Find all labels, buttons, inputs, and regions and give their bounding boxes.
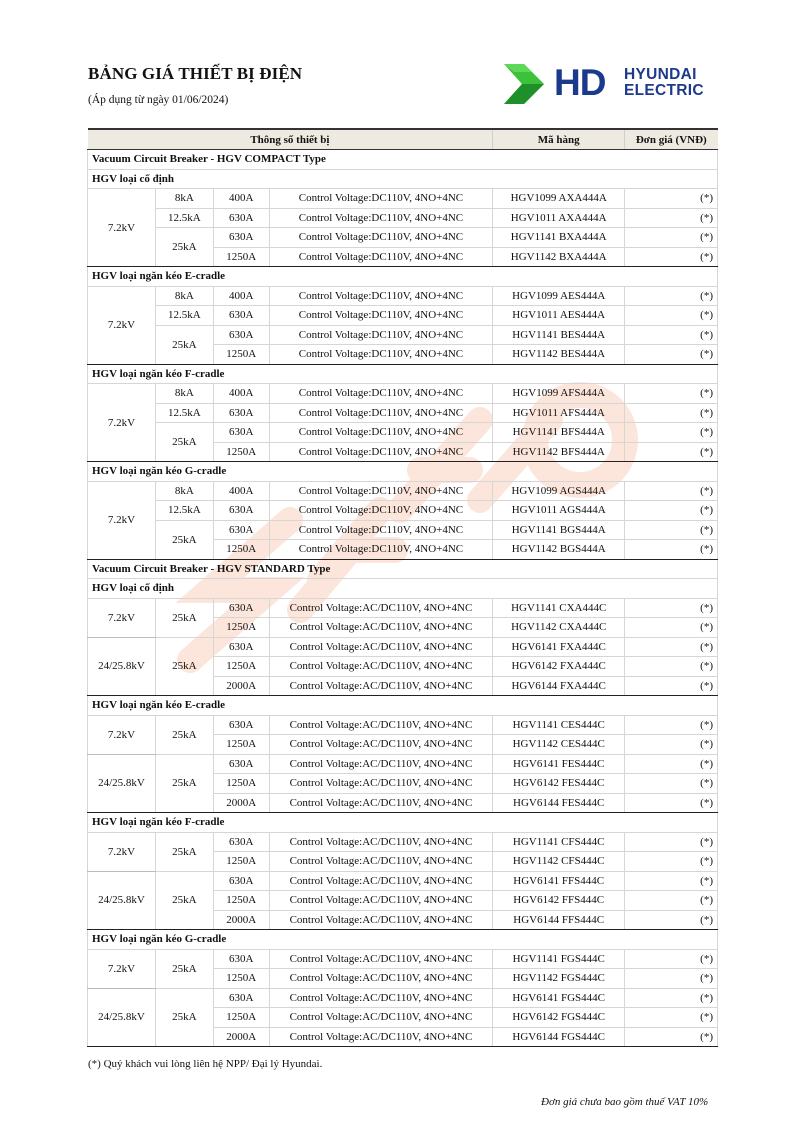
cell-product-code: HGV1142 CFS444C	[493, 852, 625, 872]
cell-unit-price: (*)	[625, 442, 718, 462]
effective-date: (Áp dụng từ ngày 01/06/2024)	[88, 94, 228, 106]
table-row: 12.5kA630AControl Voltage:DC110V, 4NO+4N…	[88, 403, 718, 423]
cell-description: Control Voltage:DC110V, 4NO+4NC	[269, 247, 493, 267]
cell-description: Control Voltage:AC/DC110V, 4NO+4NC	[269, 657, 493, 677]
cell-description: Control Voltage:AC/DC110V, 4NO+4NC	[269, 637, 493, 657]
cell-breaking-capacity: 25kA	[155, 949, 213, 988]
cell-description: Control Voltage:AC/DC110V, 4NO+4NC	[269, 618, 493, 638]
table-row: 24/25.8kV25kA630AControl Voltage:AC/DC11…	[88, 988, 718, 1008]
group-title: HGV loại ngăn kéo E-cradle	[88, 696, 718, 716]
cell-product-code: HGV6142 FFS444C	[493, 891, 625, 911]
cell-unit-price: (*)	[625, 1027, 718, 1047]
table-row: 7.2kV8kA400AControl Voltage:DC110V, 4NO+…	[88, 189, 718, 209]
cell-description: Control Voltage:AC/DC110V, 4NO+4NC	[269, 774, 493, 794]
table-row: 24/25.8kV25kA630AControl Voltage:AC/DC11…	[88, 637, 718, 657]
cell-unit-price: (*)	[625, 501, 718, 521]
cell-product-code: HGV1142 BES444A	[493, 345, 625, 365]
cell-rated-current: 2000A	[213, 1027, 269, 1047]
cell-product-code: HGV1141 BGS444A	[493, 520, 625, 540]
cell-rated-current: 630A	[213, 325, 269, 345]
table-row: 25kA630AControl Voltage:DC110V, 4NO+4NCH…	[88, 228, 718, 248]
cell-rated-current: 1250A	[213, 657, 269, 677]
cell-product-code: HGV1141 BES444A	[493, 325, 625, 345]
cell-unit-price: (*)	[625, 832, 718, 852]
section-header-row: Vacuum Circuit Breaker - HGV COMPACT Typ…	[88, 150, 718, 170]
cell-description: Control Voltage:DC110V, 4NO+4NC	[269, 442, 493, 462]
cell-product-code: HGV1099 AES444A	[493, 286, 625, 306]
cell-rated-current: 630A	[213, 228, 269, 248]
cell-product-code: HGV1099 AFS444A	[493, 384, 625, 404]
cell-product-code: HGV6144 FFS444C	[493, 910, 625, 930]
cell-description: Control Voltage:DC110V, 4NO+4NC	[269, 501, 493, 521]
cell-unit-price: (*)	[625, 208, 718, 228]
group-header-row: HGV loại cố định	[88, 579, 718, 599]
cell-rated-current: 1250A	[213, 247, 269, 267]
cell-unit-price: (*)	[625, 1008, 718, 1028]
column-header-price: Đơn giá (VNĐ)	[625, 129, 718, 150]
hyundai-electric-logo: HD HYUNDAI ELECTRIC	[502, 62, 717, 106]
table-row: 7.2kV25kA630AControl Voltage:AC/DC110V, …	[88, 598, 718, 618]
cell-product-code: HGV1011 AGS444A	[493, 501, 625, 521]
cell-rated-current: 400A	[213, 286, 269, 306]
cell-rated-voltage: 7.2kV	[88, 598, 156, 637]
cell-unit-price: (*)	[625, 423, 718, 443]
cell-description: Control Voltage:AC/DC110V, 4NO+4NC	[269, 988, 493, 1008]
cell-description: Control Voltage:DC110V, 4NO+4NC	[269, 481, 493, 501]
cell-unit-price: (*)	[625, 735, 718, 755]
cell-product-code: HGV1141 CXA444C	[493, 598, 625, 618]
vat-note: Đơn giá chưa bao gồm thuế VAT 10%	[541, 1096, 708, 1108]
cell-breaking-capacity: 12.5kA	[155, 208, 213, 228]
group-title: HGV loại cố định	[88, 169, 718, 189]
cell-unit-price: (*)	[625, 306, 718, 326]
cell-description: Control Voltage:DC110V, 4NO+4NC	[269, 208, 493, 228]
table-row: 24/25.8kV25kA630AControl Voltage:AC/DC11…	[88, 754, 718, 774]
cell-unit-price: (*)	[625, 618, 718, 638]
group-title: HGV loại ngăn kéo G-cradle	[88, 930, 718, 950]
cell-description: Control Voltage:AC/DC110V, 4NO+4NC	[269, 1027, 493, 1047]
cell-rated-current: 2000A	[213, 676, 269, 696]
cell-rated-current: 400A	[213, 189, 269, 209]
group-header-row: HGV loại ngăn kéo F-cradle	[88, 364, 718, 384]
cell-rated-current: 2000A	[213, 910, 269, 930]
table-row: 12.5kA630AControl Voltage:DC110V, 4NO+4N…	[88, 208, 718, 228]
cell-description: Control Voltage:DC110V, 4NO+4NC	[269, 403, 493, 423]
cell-unit-price: (*)	[625, 540, 718, 560]
logo-brand-text: HYUNDAI ELECTRIC	[624, 67, 704, 99]
cell-rated-current: 630A	[213, 715, 269, 735]
cell-rated-voltage: 7.2kV	[88, 832, 156, 871]
cell-product-code: HGV6141 FES444C	[493, 754, 625, 774]
cell-description: Control Voltage:DC110V, 4NO+4NC	[269, 228, 493, 248]
cell-unit-price: (*)	[625, 949, 718, 969]
column-header-code: Mã hàng	[493, 129, 625, 150]
cell-product-code: HGV1011 AXA444A	[493, 208, 625, 228]
cell-unit-price: (*)	[625, 189, 718, 209]
cell-unit-price: (*)	[625, 852, 718, 872]
cell-rated-current: 2000A	[213, 793, 269, 813]
cell-description: Control Voltage:DC110V, 4NO+4NC	[269, 520, 493, 540]
cell-rated-current: 630A	[213, 403, 269, 423]
price-table: Thông số thiết bị Mã hàng Đơn giá (VNĐ) …	[87, 128, 718, 1047]
group-title: HGV loại ngăn kéo F-cradle	[88, 364, 718, 384]
cell-rated-voltage: 7.2kV	[88, 715, 156, 754]
cell-product-code: HGV1141 BXA444A	[493, 228, 625, 248]
cell-product-code: HGV1141 FGS444C	[493, 949, 625, 969]
cell-product-code: HGV6141 FGS444C	[493, 988, 625, 1008]
table-header-row: Thông số thiết bị Mã hàng Đơn giá (VNĐ)	[88, 129, 718, 150]
cell-rated-voltage: 7.2kV	[88, 189, 156, 267]
cell-unit-price: (*)	[625, 286, 718, 306]
cell-product-code: HGV1141 CFS444C	[493, 832, 625, 852]
cell-product-code: HGV1141 CES444C	[493, 715, 625, 735]
cell-rated-current: 1250A	[213, 442, 269, 462]
cell-unit-price: (*)	[625, 384, 718, 404]
cell-unit-price: (*)	[625, 520, 718, 540]
document-title: BẢNG GIÁ THIẾT BỊ ĐIỆN	[88, 64, 302, 84]
table-row: 7.2kV25kA630AControl Voltage:AC/DC110V, …	[88, 832, 718, 852]
cell-description: Control Voltage:AC/DC110V, 4NO+4NC	[269, 793, 493, 813]
cell-rated-voltage: 24/25.8kV	[88, 988, 156, 1047]
table-row: 25kA630AControl Voltage:DC110V, 4NO+4NCH…	[88, 520, 718, 540]
cell-description: Control Voltage:AC/DC110V, 4NO+4NC	[269, 676, 493, 696]
cell-breaking-capacity: 25kA	[155, 598, 213, 637]
table-row: 7.2kV25kA630AControl Voltage:AC/DC110V, …	[88, 949, 718, 969]
cell-unit-price: (*)	[625, 910, 718, 930]
cell-rated-current: 630A	[213, 988, 269, 1008]
section-header-row: Vacuum Circuit Breaker - HGV STANDARD Ty…	[88, 559, 718, 579]
cell-breaking-capacity: 12.5kA	[155, 306, 213, 326]
group-title: HGV loại cố định	[88, 579, 718, 599]
cell-breaking-capacity: 25kA	[155, 637, 213, 696]
cell-rated-current: 630A	[213, 501, 269, 521]
cell-rated-current: 630A	[213, 208, 269, 228]
group-header-row: HGV loại ngăn kéo G-cradle	[88, 462, 718, 482]
cell-description: Control Voltage:DC110V, 4NO+4NC	[269, 286, 493, 306]
table-row: 7.2kV8kA400AControl Voltage:DC110V, 4NO+…	[88, 481, 718, 501]
cell-rated-current: 1250A	[213, 735, 269, 755]
cell-breaking-capacity: 12.5kA	[155, 403, 213, 423]
cell-product-code: HGV1099 AGS444A	[493, 481, 625, 501]
logo-line-electric: ELECTRIC	[624, 83, 704, 99]
cell-breaking-capacity: 25kA	[155, 988, 213, 1047]
cell-description: Control Voltage:AC/DC110V, 4NO+4NC	[269, 598, 493, 618]
cell-rated-current: 630A	[213, 754, 269, 774]
section-title: Vacuum Circuit Breaker - HGV COMPACT Typ…	[88, 150, 718, 170]
cell-unit-price: (*)	[625, 754, 718, 774]
cell-rated-current: 1250A	[213, 1008, 269, 1028]
cell-unit-price: (*)	[625, 481, 718, 501]
green-chevron-logo-icon	[502, 62, 546, 106]
cell-rated-current: 630A	[213, 637, 269, 657]
cell-breaking-capacity: 12.5kA	[155, 501, 213, 521]
cell-rated-current: 630A	[213, 306, 269, 326]
cell-unit-price: (*)	[625, 598, 718, 618]
cell-product-code: HGV6142 FXA444C	[493, 657, 625, 677]
table-row: 12.5kA630AControl Voltage:DC110V, 4NO+4N…	[88, 306, 718, 326]
cell-unit-price: (*)	[625, 325, 718, 345]
group-header-row: HGV loại ngăn kéo E-cradle	[88, 267, 718, 287]
cell-breaking-capacity: 25kA	[155, 520, 213, 559]
cell-description: Control Voltage:AC/DC110V, 4NO+4NC	[269, 754, 493, 774]
cell-unit-price: (*)	[625, 228, 718, 248]
cell-unit-price: (*)	[625, 871, 718, 891]
cell-rated-current: 1250A	[213, 540, 269, 560]
logo-hd-mark: HD	[554, 61, 605, 105]
cell-product-code: HGV1142 CXA444C	[493, 618, 625, 638]
cell-product-code: HGV1142 BXA444A	[493, 247, 625, 267]
cell-breaking-capacity: 8kA	[155, 286, 213, 306]
cell-unit-price: (*)	[625, 969, 718, 989]
group-header-row: HGV loại cố định	[88, 169, 718, 189]
cell-description: Control Voltage:DC110V, 4NO+4NC	[269, 423, 493, 443]
cell-unit-price: (*)	[625, 403, 718, 423]
cell-rated-current: 1250A	[213, 852, 269, 872]
cell-rated-current: 400A	[213, 481, 269, 501]
cell-unit-price: (*)	[625, 774, 718, 794]
cell-unit-price: (*)	[625, 247, 718, 267]
cell-description: Control Voltage:AC/DC110V, 4NO+4NC	[269, 910, 493, 930]
cell-product-code: HGV6144 FES444C	[493, 793, 625, 813]
cell-rated-current: 630A	[213, 423, 269, 443]
cell-rated-current: 630A	[213, 832, 269, 852]
table-row: 7.2kV8kA400AControl Voltage:DC110V, 4NO+…	[88, 286, 718, 306]
section-title: Vacuum Circuit Breaker - HGV STANDARD Ty…	[88, 559, 718, 579]
cell-unit-price: (*)	[625, 988, 718, 1008]
cell-breaking-capacity: 8kA	[155, 481, 213, 501]
table-row: 7.2kV25kA630AControl Voltage:AC/DC110V, …	[88, 715, 718, 735]
cell-unit-price: (*)	[625, 676, 718, 696]
cell-product-code: HGV1142 FGS444C	[493, 969, 625, 989]
group-header-row: HGV loại ngăn kéo E-cradle	[88, 696, 718, 716]
cell-product-code: HGV6141 FFS444C	[493, 871, 625, 891]
cell-product-code: HGV1011 AES444A	[493, 306, 625, 326]
cell-description: Control Voltage:DC110V, 4NO+4NC	[269, 325, 493, 345]
cell-breaking-capacity: 8kA	[155, 384, 213, 404]
cell-rated-current: 1250A	[213, 969, 269, 989]
cell-rated-current: 630A	[213, 520, 269, 540]
table-body: Vacuum Circuit Breaker - HGV COMPACT Typ…	[88, 150, 718, 1047]
cell-product-code: HGV6144 FXA444C	[493, 676, 625, 696]
cell-product-code: HGV1142 CES444C	[493, 735, 625, 755]
cell-rated-current: 1250A	[213, 345, 269, 365]
cell-unit-price: (*)	[625, 891, 718, 911]
cell-unit-price: (*)	[625, 657, 718, 677]
table-row: 25kA630AControl Voltage:DC110V, 4NO+4NCH…	[88, 423, 718, 443]
cell-description: Control Voltage:DC110V, 4NO+4NC	[269, 384, 493, 404]
cell-description: Control Voltage:AC/DC110V, 4NO+4NC	[269, 1008, 493, 1028]
cell-rated-voltage: 7.2kV	[88, 949, 156, 988]
cell-description: Control Voltage:DC110V, 4NO+4NC	[269, 540, 493, 560]
cell-description: Control Voltage:AC/DC110V, 4NO+4NC	[269, 715, 493, 735]
cell-description: Control Voltage:AC/DC110V, 4NO+4NC	[269, 949, 493, 969]
logo-line-hyundai: HYUNDAI	[624, 67, 704, 83]
group-header-row: HGV loại ngăn kéo F-cradle	[88, 813, 718, 833]
cell-rated-current: 1250A	[213, 891, 269, 911]
cell-breaking-capacity: 25kA	[155, 325, 213, 364]
cell-product-code: HGV1142 BFS444A	[493, 442, 625, 462]
cell-rated-voltage: 7.2kV	[88, 481, 156, 559]
cell-breaking-capacity: 25kA	[155, 871, 213, 930]
cell-product-code: HGV1142 BGS444A	[493, 540, 625, 560]
cell-rated-current: 1250A	[213, 774, 269, 794]
cell-rated-current: 630A	[213, 871, 269, 891]
cell-product-code: HGV1141 BFS444A	[493, 423, 625, 443]
cell-product-code: HGV6141 FXA444C	[493, 637, 625, 657]
cell-unit-price: (*)	[625, 345, 718, 365]
cell-rated-current: 630A	[213, 949, 269, 969]
cell-description: Control Voltage:DC110V, 4NO+4NC	[269, 189, 493, 209]
cell-breaking-capacity: 25kA	[155, 754, 213, 813]
cell-rated-current: 1250A	[213, 618, 269, 638]
cell-rated-voltage: 24/25.8kV	[88, 871, 156, 930]
group-title: HGV loại ngăn kéo E-cradle	[88, 267, 718, 287]
cell-breaking-capacity: 25kA	[155, 832, 213, 871]
cell-description: Control Voltage:AC/DC110V, 4NO+4NC	[269, 891, 493, 911]
group-title: HGV loại ngăn kéo F-cradle	[88, 813, 718, 833]
cell-description: Control Voltage:DC110V, 4NO+4NC	[269, 306, 493, 326]
group-header-row: HGV loại ngăn kéo G-cradle	[88, 930, 718, 950]
cell-product-code: HGV6144 FGS444C	[493, 1027, 625, 1047]
footnote: (*) Quý khách vui lòng liên hệ NPP/ Đại …	[88, 1058, 322, 1070]
cell-description: Control Voltage:AC/DC110V, 4NO+4NC	[269, 852, 493, 872]
cell-breaking-capacity: 8kA	[155, 189, 213, 209]
table-row: 7.2kV8kA400AControl Voltage:DC110V, 4NO+…	[88, 384, 718, 404]
cell-unit-price: (*)	[625, 715, 718, 735]
group-title: HGV loại ngăn kéo G-cradle	[88, 462, 718, 482]
cell-description: Control Voltage:AC/DC110V, 4NO+4NC	[269, 735, 493, 755]
cell-rated-current: 630A	[213, 598, 269, 618]
cell-unit-price: (*)	[625, 637, 718, 657]
cell-rated-voltage: 24/25.8kV	[88, 637, 156, 696]
cell-unit-price: (*)	[625, 793, 718, 813]
table-row: 24/25.8kV25kA630AControl Voltage:AC/DC11…	[88, 871, 718, 891]
cell-rated-current: 400A	[213, 384, 269, 404]
column-header-specs: Thông số thiết bị	[88, 129, 493, 150]
cell-product-code: HGV6142 FGS444C	[493, 1008, 625, 1028]
cell-rated-voltage: 7.2kV	[88, 384, 156, 462]
cell-description: Control Voltage:AC/DC110V, 4NO+4NC	[269, 871, 493, 891]
cell-breaking-capacity: 25kA	[155, 423, 213, 462]
cell-product-code: HGV1011 AFS444A	[493, 403, 625, 423]
cell-description: Control Voltage:AC/DC110V, 4NO+4NC	[269, 969, 493, 989]
cell-breaking-capacity: 25kA	[155, 715, 213, 754]
cell-description: Control Voltage:AC/DC110V, 4NO+4NC	[269, 832, 493, 852]
cell-breaking-capacity: 25kA	[155, 228, 213, 267]
cell-product-code: HGV1099 AXA444A	[493, 189, 625, 209]
cell-rated-voltage: 24/25.8kV	[88, 754, 156, 813]
cell-product-code: HGV6142 FES444C	[493, 774, 625, 794]
table-row: 12.5kA630AControl Voltage:DC110V, 4NO+4N…	[88, 501, 718, 521]
table-row: 25kA630AControl Voltage:DC110V, 4NO+4NCH…	[88, 325, 718, 345]
cell-rated-voltage: 7.2kV	[88, 286, 156, 364]
cell-description: Control Voltage:DC110V, 4NO+4NC	[269, 345, 493, 365]
